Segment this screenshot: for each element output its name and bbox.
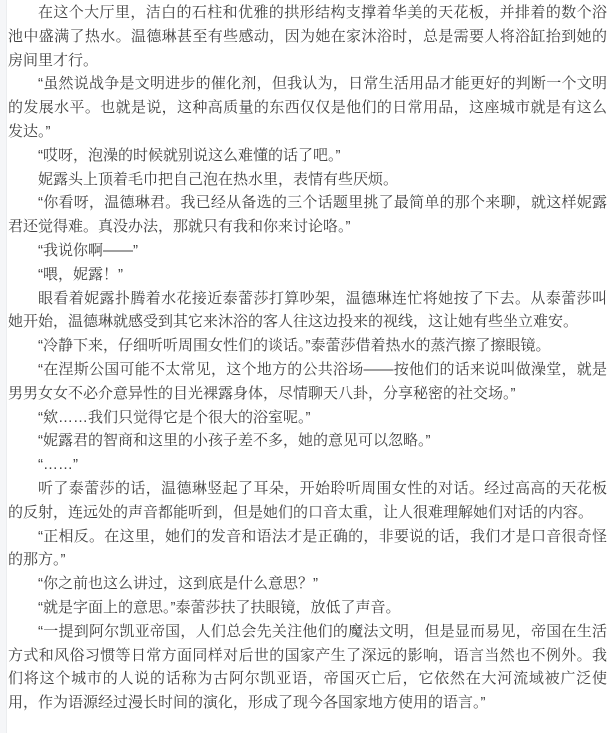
paragraph: “冷静下来，仔细听听周围女性们的谈话。”泰蕾莎借着热水的蒸汽擦了擦眼镜。 [8,334,607,358]
paragraph: “哎呀，泡澡的时候就别说这么难懂的话了吧。” [8,144,607,168]
paragraph: 听了泰蕾莎的话，温德琳竖起了耳朵，开始聆听周围女性的对话。经过高高的天花板的反射… [8,477,607,525]
paragraph: 妮露头上顶着毛巾把自己泡在热水里，表情有些厌烦。 [8,168,607,192]
paragraph: “妮露君的智商和这里的小孩子差不多，她的意见可以忽略。” [8,429,607,453]
paragraph: “我说你啊——” [8,239,607,263]
novel-page: 在这个大厅里，洁白的石柱和优雅的拱形结构支撑着华美的天花板，并排着的数个浴池中盛… [0,0,615,733]
paragraph: “喂，妮露！” [8,263,607,287]
paragraph: 眼看着妮露扑腾着水花接近泰蕾莎打算吵架，温德琳连忙将她按了下去。从泰蕾莎叫她开始… [8,287,607,335]
paragraph: “……” [8,453,607,477]
novel-text-content: 在这个大厅里，洁白的石柱和优雅的拱形结构支撑着华美的天花板，并排着的数个浴池中盛… [8,0,607,715]
page-gutter [0,0,7,733]
paragraph: “你之前也这么讲过，这到底是什么意思？” [8,572,607,596]
paragraph: “就是字面上的意思。”泰蕾莎扶了扶眼镜，放低了声音。 [8,596,607,620]
paragraph: “正相反。在这里，她们的发音和语法才是正确的，非要说的话，我们才是口音很奇怪的那… [8,525,607,573]
paragraph: “欸……我们只觉得它是个很大的浴室呢。” [8,406,607,430]
paragraph: “一提到阿尔凯亚帝国，人们总会先关注他们的魔法文明，但是显而易见，帝国在生活方式… [8,620,607,715]
paragraph: “在涅斯公国可能不太常见，这个地方的公共浴场——按他们的话来说叫做澡堂，就是男男… [8,358,607,406]
paragraph: “虽然说战争是文明进步的催化剂，但我认为，日常生活用品才能更好的判断一个文明的发… [8,72,607,143]
paragraph: 在这个大厅里，洁白的石柱和优雅的拱形结构支撑着华美的天花板，并排着的数个浴池中盛… [8,1,607,72]
paragraph: “你看呀，温德琳君。我已经从备选的三个话题里挑了最简单的那个来聊，就这样妮露君还… [8,191,607,239]
